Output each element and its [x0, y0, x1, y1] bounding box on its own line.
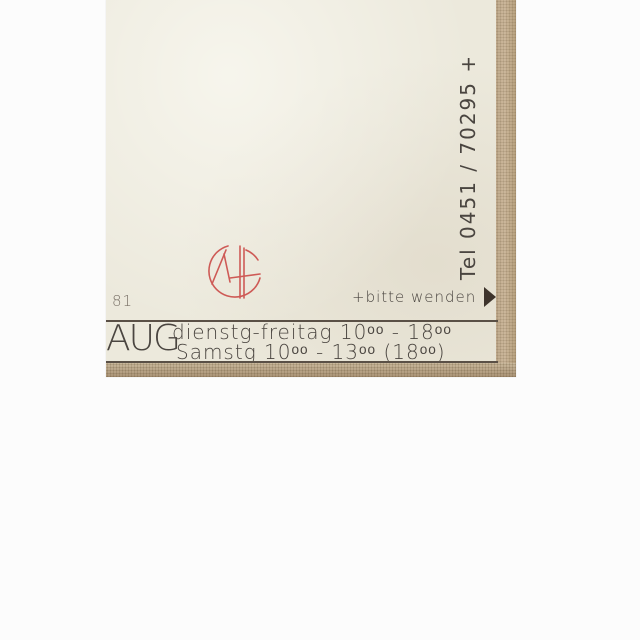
please-turn-note: +bitte wenden	[352, 288, 476, 306]
white-mat: 81 +bitte wenden AUG dienstg-freitag 10ᵒ…	[0, 0, 640, 640]
artwork-paper: 81 +bitte wenden AUG dienstg-freitag 10ᵒ…	[106, 0, 516, 377]
artwork-right-border	[496, 0, 516, 377]
month-fragment: AUG	[106, 318, 179, 360]
red-monogram-icon	[200, 240, 268, 300]
arrow-right-icon	[484, 287, 496, 307]
artwork-bottom-border	[106, 363, 516, 377]
year-fragment: 81	[112, 292, 133, 310]
ruled-line-bottom	[106, 361, 498, 363]
telephone-number: Tel 0451 / 70295 +	[456, 54, 480, 280]
